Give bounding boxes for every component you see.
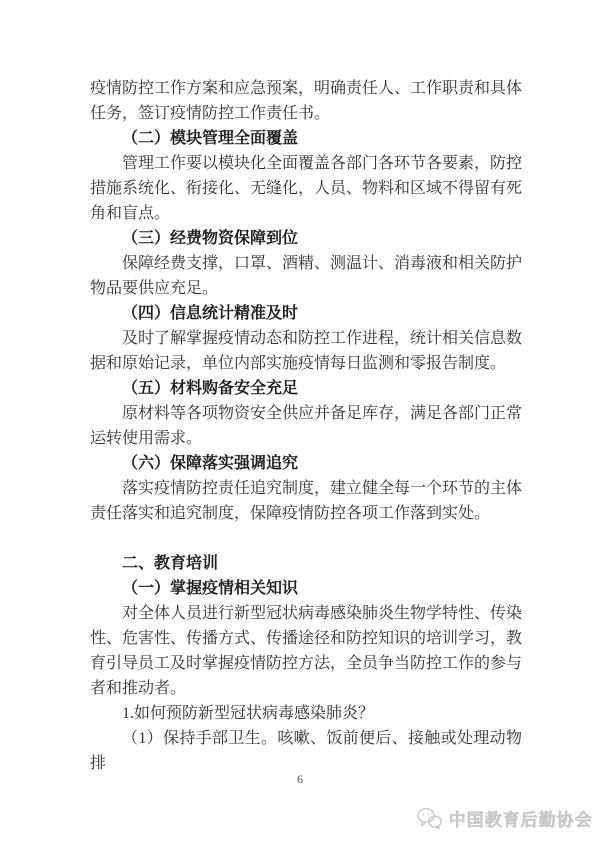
paragraph: 落实疫情防控责任追究制度，建立健全每一个环节的主体责任落实和追究制度，保障疫情防…: [90, 476, 522, 526]
section-heading: （五）材料购备安全充足: [90, 376, 522, 401]
watermark-text: 中国教育后勤协会: [449, 806, 593, 831]
paragraph: 管理工作要以模块化全面覆盖各部门各环节各要素，防控措施系统化、衔接化、无缝化，人…: [90, 151, 522, 226]
paragraph: 及时了解掌握疫情动态和防控工作进程，统计相关信息数据和原始记录，单位内部实施疫情…: [90, 326, 522, 376]
paragraph: （1）保持手部卫生。咳嗽、饭前便后、接触或处理动物排: [90, 726, 522, 776]
paragraph: 1.如何预防新型冠状病毒感染肺炎？: [90, 701, 522, 726]
document-page: 疫情防控工作方案和应急预案，明确责任人、工作职责和具体任务，签订疫情防控工作责任…: [0, 0, 600, 847]
paragraph: 对全体人员进行新型冠状病毒感染肺炎生物学特性、传染性、危害性、传播方式、传播途径…: [90, 601, 522, 701]
paragraph: 保障经费支撑，口罩、酒精、测温计、消毒液和相关防护物品要供应充足。: [90, 251, 522, 301]
section-heading: （四）信息统计精准及时: [90, 301, 522, 326]
paragraph: 疫情防控工作方案和应急预案，明确责任人、工作职责和具体任务，签订疫情防控工作责任…: [90, 76, 522, 126]
document-body: 疫情防控工作方案和应急预案，明确责任人、工作职责和具体任务，签订疫情防控工作责任…: [90, 76, 522, 776]
section-heading: （六）保障落实强调追究: [90, 451, 522, 476]
section-heading: 二、教育培训: [90, 551, 522, 576]
section-heading: （二）模块管理全面覆盖: [90, 126, 522, 151]
page-number: 6: [0, 772, 600, 786]
watermark: 中国教育后勤协会: [416, 806, 593, 831]
paragraph: 原材料等各项物资安全供应并备足库存，满足各部门正常运转使用需求。: [90, 401, 522, 451]
section-heading: （三）经费物资保障到位: [90, 226, 522, 251]
wechat-icon: [416, 807, 443, 830]
section-heading: （一）掌握疫情相关知识: [90, 576, 522, 601]
